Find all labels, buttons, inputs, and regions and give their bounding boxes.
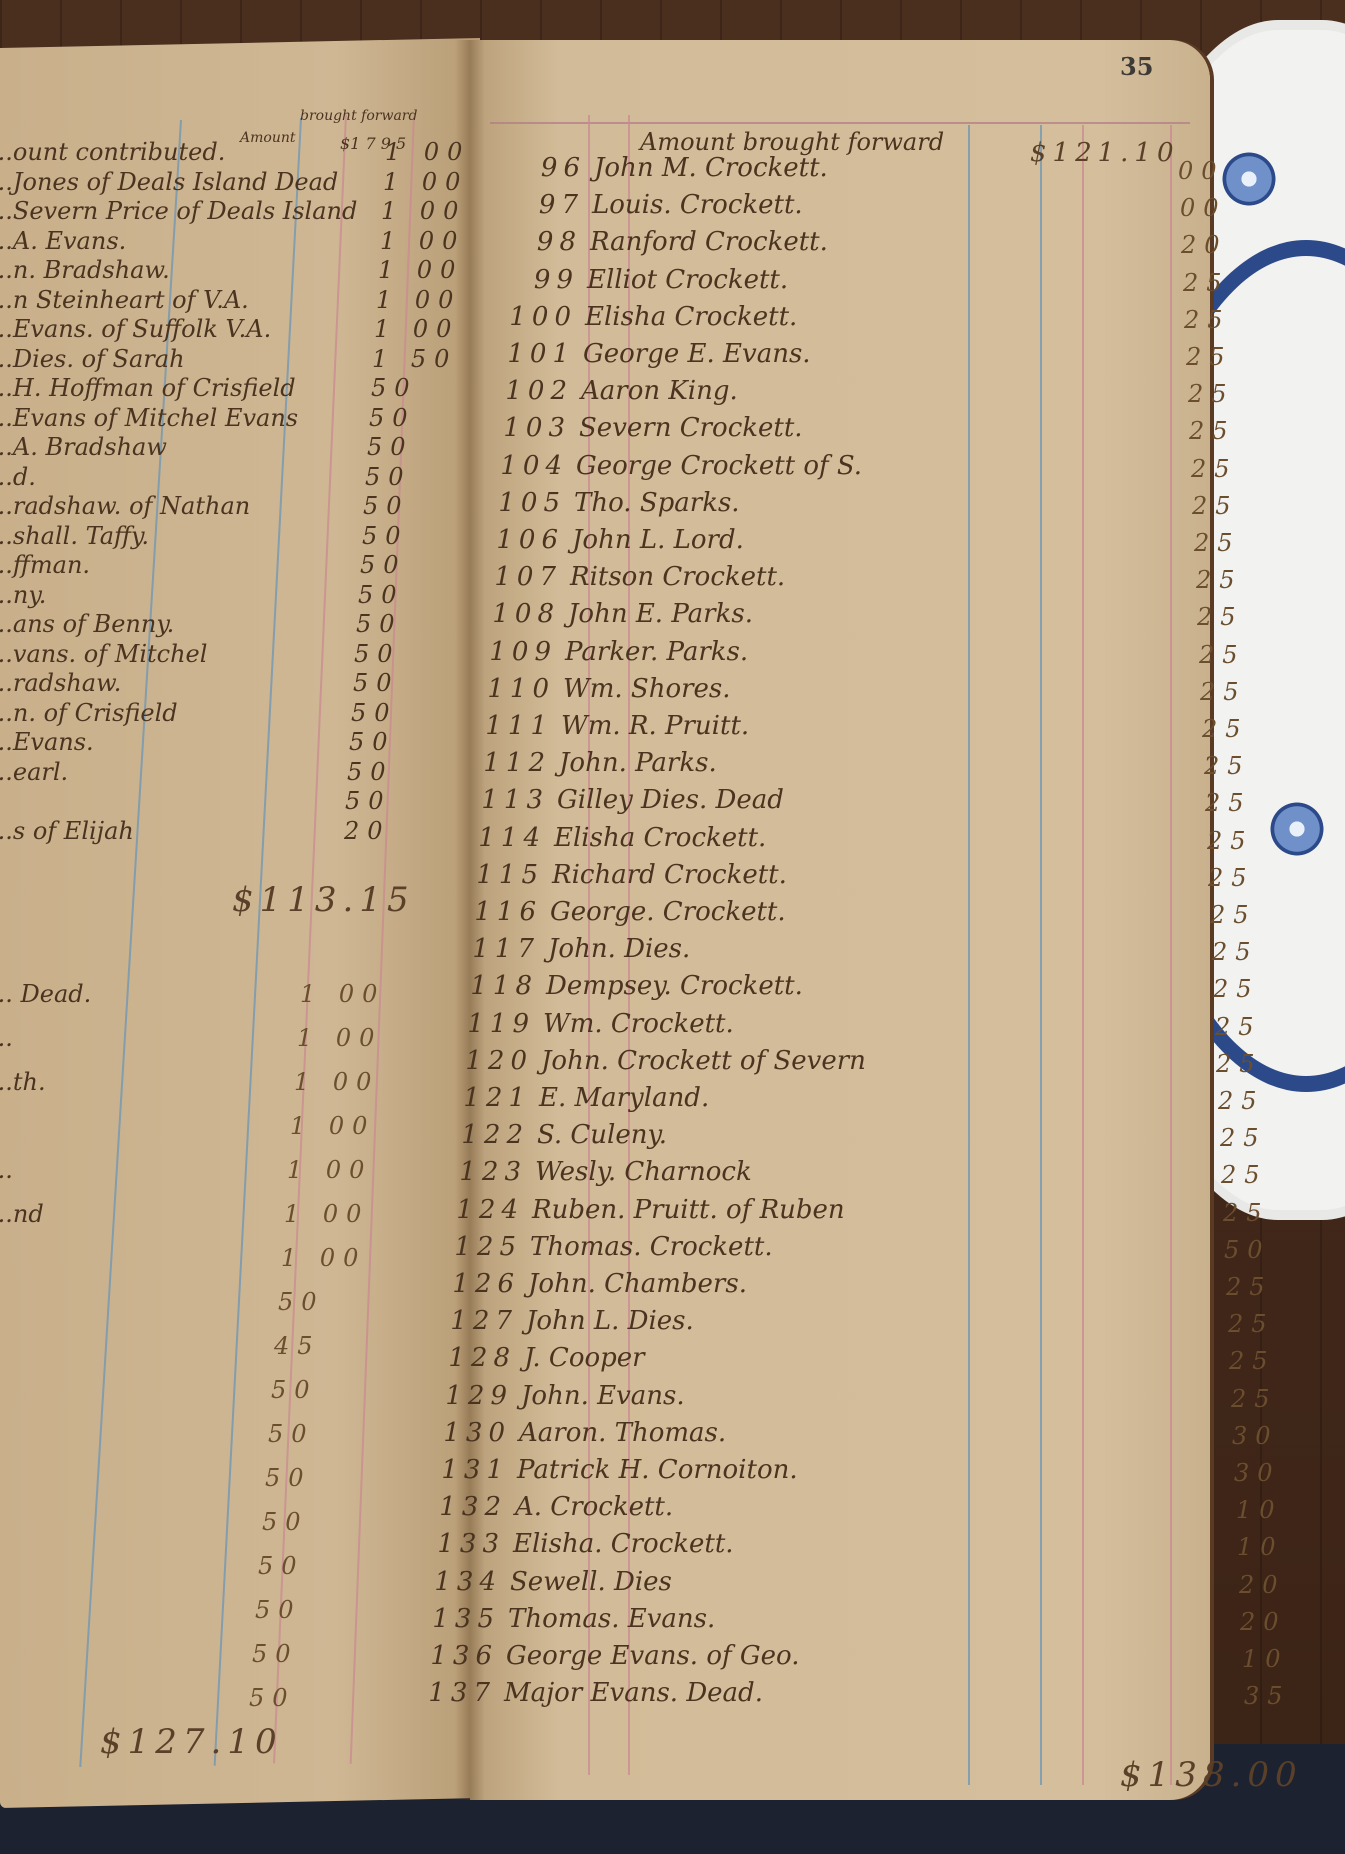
entry-number: 115 [458, 862, 544, 888]
brought-forward-label: Amount brought forward [640, 128, 944, 156]
entry-number: 111 [467, 713, 553, 739]
ledger-row: 133Elisha. Crockett. [419, 1531, 734, 1557]
entry-amount: 25 [1204, 752, 1251, 780]
left-entry-text: ...Evans. of Suffolk V.A. [0, 315, 271, 343]
subscriber-name: George Crockett of S. [576, 453, 862, 479]
left-entry-amount: 45 [274, 1332, 321, 1360]
subscriber-name: S. Culeny. [537, 1122, 667, 1148]
subscriber-name: Tho. Sparks. [574, 490, 740, 516]
left-page-total: $127.10 [100, 1722, 283, 1762]
left-entry-text: ... Dead. [0, 980, 91, 1008]
entry-amount: 30 [1232, 1422, 1279, 1450]
subscriber-name: Elisha. Crockett. [513, 1531, 734, 1557]
left-entry-amount: 50 [371, 374, 418, 402]
entry-amount: 25 [1208, 864, 1255, 892]
subscriber-name: Thomas. Crockett. [530, 1234, 773, 1260]
entry-amount: 25 [1184, 306, 1231, 334]
left-entry-amount: 50 [249, 1684, 296, 1712]
subscriber-name: Wm. R. Pruitt. [561, 713, 749, 739]
left-entry-amount: 50 [265, 1464, 312, 1492]
ledger-row: 125Thomas. Crockett. [436, 1234, 773, 1260]
left-entry-amount: 1 00 [300, 980, 385, 1008]
left-entry-amount: 1 00 [383, 168, 468, 196]
entry-amount: 25 [1207, 827, 1254, 855]
entry-amount: 25 [1229, 1347, 1276, 1375]
entry-amount: 25 [1196, 566, 1243, 594]
left-entry-text: ...Severn Price of Deals Island [0, 197, 357, 225]
left-entry-amount: 50 [363, 492, 410, 520]
entry-amount: 25 [1215, 1013, 1262, 1041]
ledger-row: 102Aaron King. [487, 378, 738, 404]
ledger-row: 98Ranford Crockett. [496, 229, 828, 255]
ledger-row: 123Wesly. Charnock [441, 1159, 752, 1185]
subscriber-name: Elliot Crockett. [587, 267, 788, 293]
subscriber-name: Thomas. Evans. [508, 1606, 715, 1632]
ledger-row: 116George. Crockett. [456, 899, 786, 925]
page-number: 35 [1120, 52, 1153, 81]
left-page-subtotal: $113.15 [232, 880, 415, 920]
left-entry-text: ...n Steinheart of V.A. [0, 286, 249, 314]
entry-amount: 25 [1231, 1385, 1278, 1413]
left-entry-amount: 50 [362, 522, 409, 550]
entry-amount: 10 [1242, 1645, 1289, 1673]
ledger-row: 121E. Maryland. [445, 1085, 709, 1111]
left-entry-text: ...Evans. [0, 728, 94, 756]
left-entry-text: ...radshaw. of Nathan [0, 492, 250, 520]
entry-amount: 25 [1191, 455, 1238, 483]
left-entry-amount: 50 [353, 669, 400, 697]
entry-number: 114 [460, 825, 546, 851]
left-entry-amount: 50 [345, 787, 392, 815]
column-rule [1170, 125, 1172, 1785]
left-entry-text: ...n. Bradshaw. [0, 256, 170, 284]
left-entry-text: ...ffman. [0, 551, 90, 579]
subscriber-name: John. Dies. [548, 936, 690, 962]
entry-number: 104 [482, 453, 568, 479]
left-entry-text: ...n. of Crisfield [0, 699, 178, 727]
entry-number: 124 [438, 1197, 524, 1223]
left-entry-amount: 1 00 [374, 315, 459, 343]
entry-amount: 25 [1189, 417, 1236, 445]
entry-number: 136 [412, 1643, 498, 1669]
subscriber-name: J. Cooper [524, 1345, 645, 1371]
plate-flower-icon [1268, 800, 1326, 858]
ledger-row: 109Parker. Parks. [471, 639, 748, 665]
left-entry-amount: 50 [367, 433, 414, 461]
subscriber-name: Wesly. Charnock [535, 1159, 752, 1185]
entry-amount: 25 [1212, 938, 1259, 966]
subscriber-name: George Evans. of Geo. [506, 1643, 799, 1669]
ledger-row: 104George Crockett of S. [482, 453, 862, 479]
entry-number: 132 [421, 1494, 507, 1520]
entry-number: 130 [425, 1420, 511, 1446]
entry-number: 100 [491, 304, 577, 330]
subscriber-name: George. Crockett. [550, 899, 786, 925]
ledger-row: 111Wm. R. Pruitt. [467, 713, 749, 739]
entry-amount: 25 [1218, 1087, 1265, 1115]
entry-number: 101 [489, 341, 575, 367]
entry-amount: 10 [1237, 1533, 1284, 1561]
entry-number: 110 [469, 676, 555, 702]
subscriber-name: Wm. Shores. [563, 676, 731, 702]
entry-amount: 30 [1234, 1459, 1281, 1487]
left-entry-text: ...earl. [0, 758, 68, 786]
left-entry-amount: 1 00 [284, 1200, 369, 1228]
entry-amount: 25 [1216, 1050, 1263, 1078]
entry-amount: 25 [1202, 715, 1249, 743]
left-entry-amount: 1 00 [376, 286, 461, 314]
entry-amount: 20 [1240, 1608, 1287, 1636]
brought-forward-amount: $121.10 [1030, 138, 1180, 168]
entry-number: 99 [493, 267, 579, 293]
right-page-total: $138.00 [1120, 1755, 1303, 1795]
entry-amount: 00 [1180, 194, 1227, 222]
left-entry-text: ...A. Bradshaw [0, 433, 167, 461]
ledger-row: 114Elisha Crockett. [460, 825, 766, 851]
left-entry-text: ...radshaw. [0, 669, 121, 697]
ledger-row: 126John. Chambers. [434, 1271, 747, 1297]
left-entry-amount: 1 00 [290, 1112, 375, 1140]
ledger-row: 99Elliot Crockett. [493, 267, 788, 293]
subscriber-name: A. Crockett. [515, 1494, 673, 1520]
ledger-row: 119Wm. Crockett. [449, 1011, 734, 1037]
entry-amount: 25 [1221, 1161, 1268, 1189]
entry-number: 105 [480, 490, 566, 516]
subscriber-name: Ritson Crockett. [570, 564, 785, 590]
entry-amount: 25 [1194, 529, 1241, 557]
subscriber-name: John M. Crockett. [594, 155, 828, 181]
entry-number: 133 [419, 1531, 505, 1557]
left-entry-text: ...H. Hoffman of Crisfield [0, 374, 296, 402]
entry-number: 106 [478, 527, 564, 553]
entry-number: 102 [487, 378, 573, 404]
entry-amount: 25 [1228, 1310, 1275, 1338]
entry-amount: 50 [1224, 1236, 1271, 1264]
ledger-row: 130Aaron. Thomas. [425, 1420, 726, 1446]
column-rule [968, 125, 970, 1785]
subscriber-name: Aaron King. [581, 378, 738, 404]
ledger-row: 134Sewell. Dies [416, 1569, 672, 1595]
entry-amount: 25 [1220, 1124, 1267, 1152]
subscriber-name: Ruben. Pruitt. of Ruben [532, 1197, 845, 1223]
ledger-row: 120John. Crockett of Severn [447, 1048, 866, 1074]
ledger-row: 108John E. Parks. [474, 601, 753, 627]
ledger-row: 137Major Evans. Dead. [410, 1680, 763, 1706]
subscriber-name: Louis. Crockett. [592, 192, 803, 218]
left-entry-amount: 50 [262, 1508, 309, 1536]
left-entry-text: ...ount contributed. [0, 138, 225, 166]
entry-amount: 25 [1200, 678, 1247, 706]
left-entry-text: ...A. Evans. [0, 227, 126, 255]
entry-amount: 20 [1181, 231, 1228, 259]
entry-amount: 00 [1178, 157, 1225, 185]
subscriber-name: John. Chambers. [528, 1271, 747, 1297]
left-entry-text: ...Dies. of Sarah [0, 345, 185, 373]
subscriber-name: John E. Parks. [568, 601, 753, 627]
subscriber-name: Ranford Crockett. [590, 229, 828, 255]
ledger-row: 124Ruben. Pruitt. of Ruben [438, 1197, 845, 1223]
ledger-row: 127John L. Dies. [432, 1308, 694, 1334]
left-entry-amount: 1 00 [380, 227, 465, 255]
left-entry-text: ...shall. Taffy. [0, 522, 149, 550]
entry-number: 137 [410, 1680, 496, 1706]
subscriber-name: Elisha Crockett. [554, 825, 766, 851]
entry-amount: 25 [1210, 901, 1257, 929]
left-entry-amount: 50 [255, 1596, 302, 1624]
subscriber-name: Patrick H. Cornoiton. [517, 1457, 798, 1483]
left-entry-amount: 50 [349, 728, 396, 756]
left-entry-amount: 1 00 [281, 1244, 366, 1272]
left-entry-text: ...s of Elijah [0, 817, 134, 845]
subscriber-name: Parker. Parks. [565, 639, 748, 665]
entry-number: 98 [496, 229, 582, 255]
ledger-row: 132A. Crockett. [421, 1494, 673, 1520]
left-entry-amount: 50 [347, 758, 394, 786]
entry-number: 125 [436, 1234, 522, 1260]
left-entry-text: ...Jones of Deals Island Dead [0, 168, 338, 196]
left-entry-text: ...ny. [0, 581, 46, 609]
left-entry-text: ... [0, 1156, 13, 1184]
entry-amount: 25 [1188, 380, 1235, 408]
entry-number: 126 [434, 1271, 520, 1297]
entry-amount: 10 [1236, 1496, 1283, 1524]
left-entry-amount: 50 [360, 551, 407, 579]
ledger-row: 136George Evans. of Geo. [412, 1643, 799, 1669]
subscriber-name: Severn Crockett. [579, 415, 803, 441]
entry-amount: 35 [1244, 1682, 1291, 1710]
left-entry-amount: 1 00 [297, 1024, 382, 1052]
ledger-row: 107Ritson Crockett. [476, 564, 785, 590]
ledger-row: 135Thomas. Evans. [414, 1606, 715, 1632]
entry-number: 103 [485, 415, 571, 441]
left-entry-amount: 50 [258, 1552, 305, 1580]
entry-amount: 25 [1186, 343, 1233, 371]
ledger-row: 110Wm. Shores. [469, 676, 731, 702]
ledger-row: 122S. Culeny. [443, 1122, 667, 1148]
entry-number: 135 [414, 1606, 500, 1632]
left-entry-amount: 1 50 [372, 345, 457, 373]
entry-number: 112 [465, 750, 551, 776]
entry-number: 131 [423, 1457, 509, 1483]
left-entry-text: ...nd [0, 1200, 44, 1228]
left-entry-amount: 50 [271, 1376, 318, 1404]
entry-number: 120 [447, 1048, 533, 1074]
ledger-row: 118Dempsey. Crockett. [452, 973, 803, 999]
subscriber-name: Richard Crockett. [552, 862, 787, 888]
ledger-row: 100Elisha Crockett. [491, 304, 797, 330]
ledger-row: 129John. Evans. [427, 1383, 685, 1409]
ledger-row: 115Richard Crockett. [458, 862, 787, 888]
subscriber-name: John. Parks. [559, 750, 717, 776]
entry-number: 129 [427, 1383, 513, 1409]
left-header-brought-forward: brought forward [300, 108, 417, 124]
left-entry-amount: 50 [356, 610, 403, 638]
left-entry-amount: 50 [351, 699, 398, 727]
subscriber-name: Elisha Crockett. [585, 304, 797, 330]
ledger-row: 97Louis. Crockett. [498, 192, 803, 218]
left-entry-text: ...ans of Benny. [0, 610, 174, 638]
entry-number: 122 [443, 1122, 529, 1148]
subscriber-name: Gilley Dies. Dead [557, 787, 784, 813]
entry-amount: 25 [1197, 603, 1244, 631]
entry-amount: 20 [1239, 1571, 1286, 1599]
entry-number: 109 [471, 639, 557, 665]
subscriber-name: Dempsey. Crockett. [546, 973, 803, 999]
left-entry-amount: 50 [369, 404, 416, 432]
entry-amount: 25 [1213, 975, 1260, 1003]
left-entry-amount: 1 00 [294, 1068, 379, 1096]
left-entry-text: ...vans. of Mitchel [0, 640, 207, 668]
left-entry-amount: 50 [358, 581, 405, 609]
subscriber-name: E. Maryland. [539, 1085, 709, 1111]
entry-number: 96 [500, 155, 586, 181]
left-entry-amount: 50 [252, 1640, 299, 1668]
entry-number: 116 [456, 899, 542, 925]
entry-number: 97 [498, 192, 584, 218]
ledger-row: 101George E. Evans. [489, 341, 811, 367]
subscriber-name: John. Evans. [521, 1383, 685, 1409]
ledger-row: 113Gilley Dies. Dead [463, 787, 784, 813]
ledger-row: 103Severn Crockett. [485, 415, 803, 441]
ledger-row: 128J. Cooper [430, 1345, 645, 1371]
subscriber-name: John L. Lord. [572, 527, 744, 553]
subscriber-name: John L. Dies. [526, 1308, 694, 1334]
left-entry-text: ... [0, 1024, 13, 1052]
entry-amount: 25 [1192, 492, 1239, 520]
left-entry-amount: 1 00 [378, 256, 463, 284]
left-entry-text: ...Evans of Mitchel Evans [0, 404, 298, 432]
subscriber-name: George E. Evans. [583, 341, 811, 367]
entry-number: 123 [441, 1159, 527, 1185]
subscriber-name: Wm. Crockett. [543, 1011, 734, 1037]
left-entry-amount: 50 [278, 1288, 325, 1316]
left-header-amount: Amount [240, 130, 295, 146]
subscriber-name: Aaron. Thomas. [519, 1420, 726, 1446]
left-entry-text: ...th. [0, 1068, 46, 1096]
subscriber-name: Major Evans. Dead. [504, 1680, 763, 1706]
entry-number: 107 [476, 564, 562, 590]
entry-number: 121 [445, 1085, 531, 1111]
left-entry-amount: 50 [365, 463, 412, 491]
entry-number: 134 [416, 1569, 502, 1595]
plate-flower-icon [1220, 150, 1278, 208]
entry-amount: 25 [1223, 1199, 1270, 1227]
ledger-row: 96John M. Crockett. [500, 155, 828, 181]
entry-number: 119 [449, 1011, 535, 1037]
left-entry-amount: 1 00 [381, 197, 466, 225]
entry-number: 108 [474, 601, 560, 627]
left-entry-amount: 50 [268, 1420, 315, 1448]
left-entry-amount: 20 [344, 817, 391, 845]
column-rule [1082, 125, 1084, 1785]
column-rule [1040, 125, 1042, 1785]
left-entry-amount: 1 00 [385, 138, 470, 166]
entry-number: 127 [432, 1308, 518, 1334]
entry-number: 128 [430, 1345, 516, 1371]
left-entry-amount: 1 00 [287, 1156, 372, 1184]
header-rule [490, 122, 1190, 124]
entry-amount: 25 [1226, 1273, 1273, 1301]
entry-number: 113 [463, 787, 549, 813]
entry-number: 118 [452, 973, 538, 999]
entry-amount: 25 [1199, 641, 1246, 669]
ledger-row: 112John. Parks. [465, 750, 717, 776]
entry-amount: 25 [1183, 269, 1230, 297]
ledger-row: 106John L. Lord. [478, 527, 744, 553]
subscriber-name: John. Crockett of Severn [541, 1048, 866, 1074]
left-entry-amount: 50 [354, 640, 401, 668]
ledger-row: 117John. Dies. [454, 936, 690, 962]
ledger-row: 105Tho. Sparks. [480, 490, 740, 516]
left-entry-text: ...d. [0, 463, 36, 491]
subscriber-name: Sewell. Dies [510, 1569, 672, 1595]
ledger-row: 131Patrick H. Cornoiton. [423, 1457, 798, 1483]
entry-number: 117 [454, 936, 540, 962]
entry-amount: 25 [1205, 789, 1252, 817]
